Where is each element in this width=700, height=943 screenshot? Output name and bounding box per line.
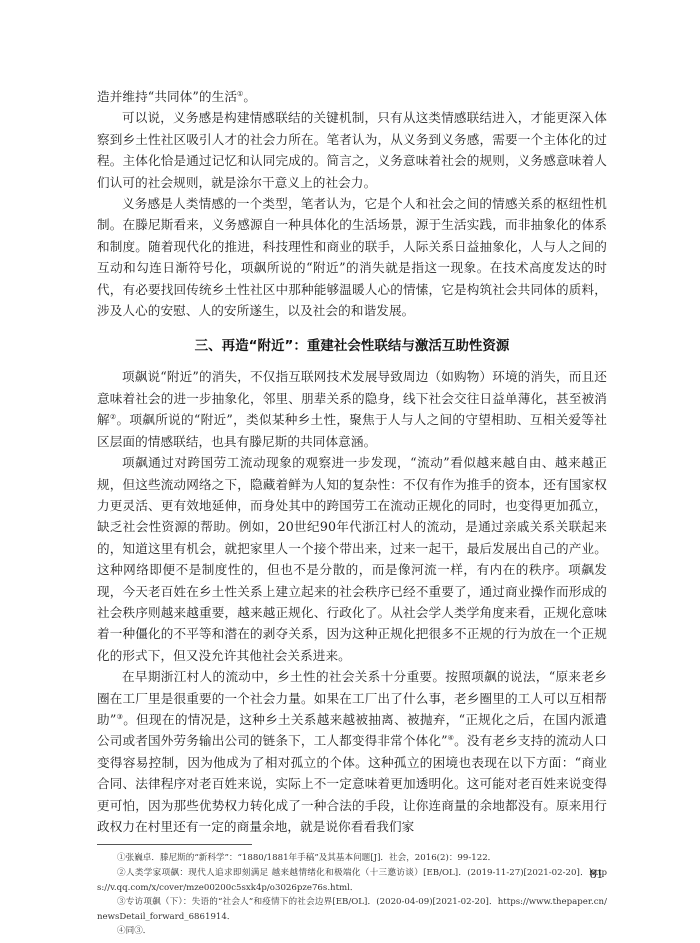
paragraph-text: 造并维持“共同体”的生活	[97, 89, 237, 104]
paragraph: 可以说，义务感是构建情感联结的关键机制，只有从这类情感联结进入，才能更深入体察到…	[97, 107, 607, 193]
paragraph: 项飙通过对跨国劳工流动现象的观察进一步发现，“流动”看似越来越自由、越来越正规，…	[97, 452, 607, 666]
footnote-4: ④同③．	[97, 924, 607, 939]
paragraph: 项飙说“附近”的消失，不仅指互联网技术发展导致周边（如购物）环境的消失，而且还意…	[97, 366, 607, 452]
page-number: 81	[590, 866, 603, 882]
footnote-1: ①张巍卓．滕尼斯的“新科学”：“1880/1881年手稿”及其基本问题[J]．社…	[97, 851, 607, 866]
paragraph: 在早期浙江村人的流动中，乡土性的社会关系十分重要。按照项飙的说法，“原来老乡圈在…	[97, 666, 607, 837]
paragraph-text: 。	[243, 89, 256, 104]
footnote-ref[interactable]: ②	[110, 413, 117, 421]
section-heading: 三、再造“附近”：重建社会性联结与激活互助性资源	[97, 336, 607, 356]
footnote-2: ②人类学家项飙：现代人追求即刻满足 越来越情绪化和极端化（十三邀访谈）[EB/O…	[97, 866, 607, 895]
paragraph-text: 。没有老乡支持的流动人口变得容易控制，因为他成为了相对孤立的个体。这种孤立的困境…	[97, 733, 607, 834]
paragraph: 义务感是人类情感的一个类型，笔者认为，它是个人和社会之间的情感关系的枢纽性机制。…	[97, 193, 607, 321]
paragraph-continuation: 造并维持“共同体”的生活①。	[97, 86, 607, 107]
footnote-3: ③专访项飙（下）：失语的“社会人”和疫情下的社会边界[EB/OL]．(2020-…	[97, 895, 607, 924]
journal-page: 造并维持“共同体”的生活①。 可以说，义务感是构建情感联结的关键机制，只有从这类…	[97, 0, 607, 939]
paragraph-text: 。项飙所说的“附近”，类似某种乡土性，聚焦于人与人之间的守望相助、互相关爱等社区…	[97, 412, 607, 448]
footnote-divider	[97, 844, 252, 845]
